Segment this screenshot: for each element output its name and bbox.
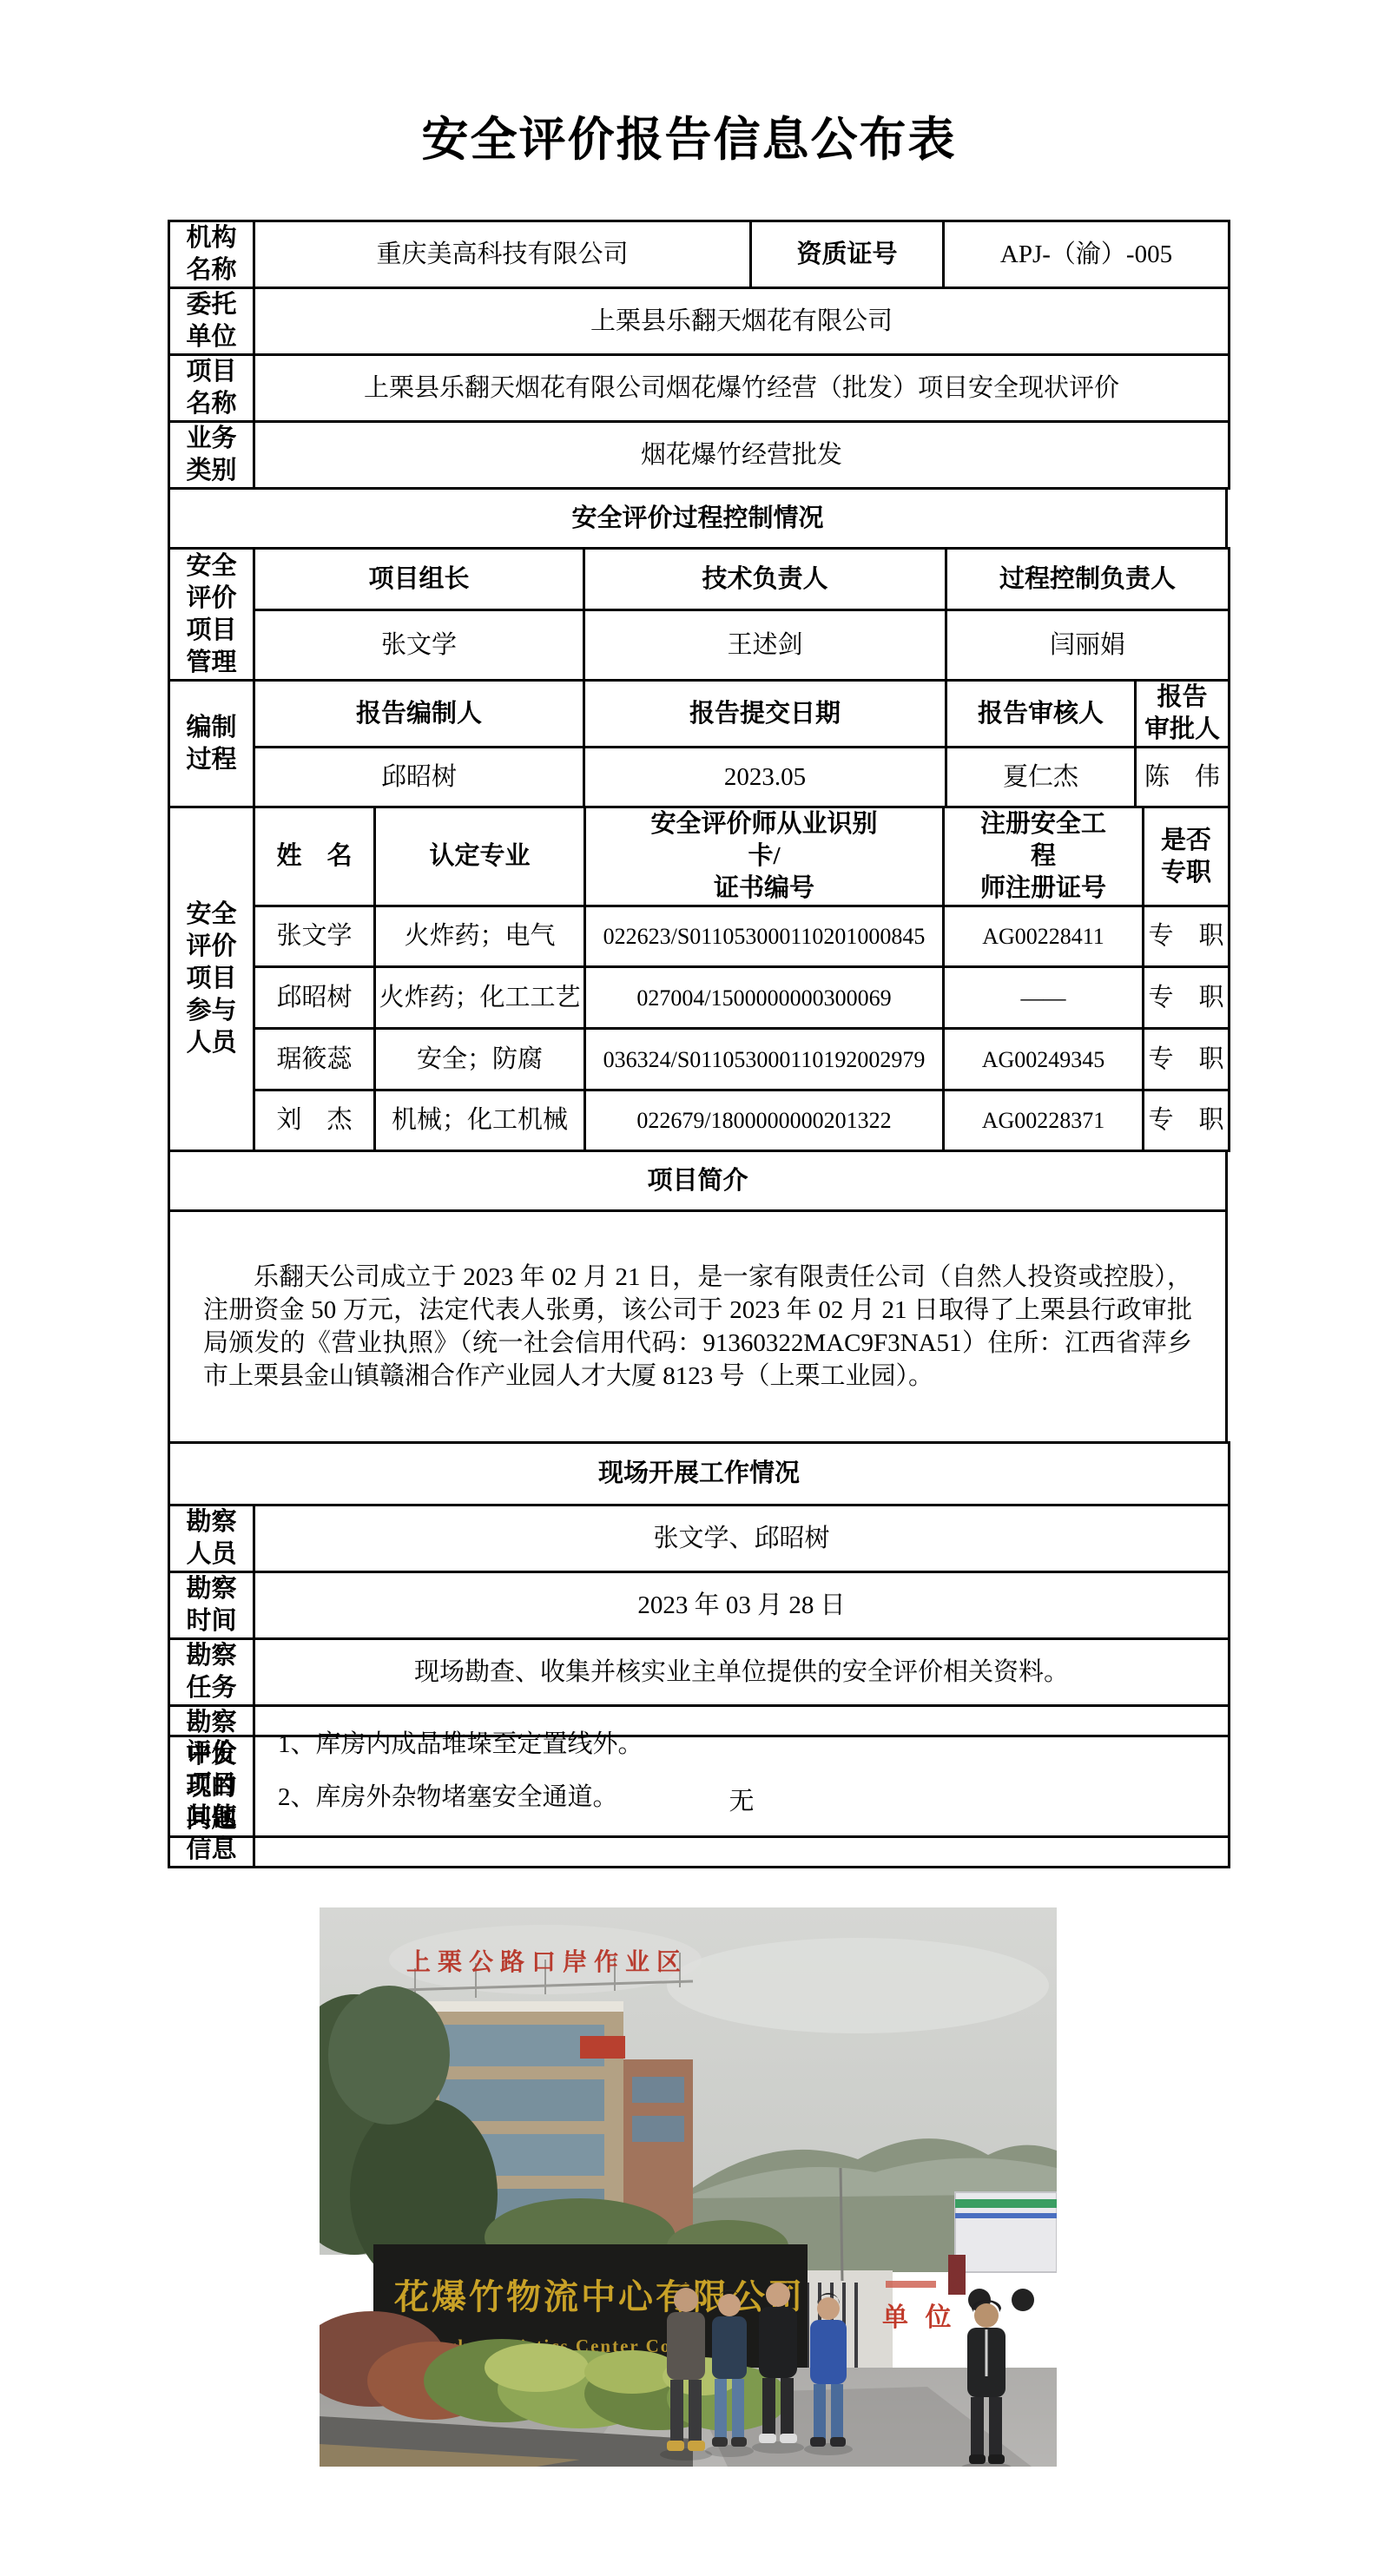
surveyors-label: 勘察人员 [169,1505,254,1572]
project-intro-text: 乐翻天公司成立于 2023 年 02 月 21 日，是一家有限责任公司（自然人投… [203,1261,1192,1393]
participant-fulltime: 专 职 [1144,967,1230,1029]
participant-specialty: 火炸药；化工工艺 [375,967,585,1029]
participant-name: 张文学 [254,906,375,967]
participant-specialty: 安全；防腐 [375,1029,585,1090]
process-control-title: 安全评价过程控制情况 [169,489,1227,549]
participant-reg-no: —— [944,967,1144,1029]
survey-time-value: 2023 年 03 月 28 日 [254,1572,1230,1639]
survey-task-value: 现场勘查、收集并核实业主单位提供的安全评价相关资料。 [254,1639,1230,1706]
participant-reg-no: AG00249345 [944,1029,1144,1090]
project-name-value: 上栗县乐翻天烟花有限公司烟花爆竹经营（批发）项目安全现状评价 [254,355,1230,422]
other-info-label: 评价项目其他信息 [169,1736,254,1868]
site-photo: 上栗公路口岸作业区 单 位 [320,1907,1057,2467]
cert-no-value: APJ-（渝）-005 [944,221,1230,288]
reg-no-header: 注册安全工程 师注册证号 [944,807,1144,906]
main-table: 机构名称 重庆美高科技有限公司 资质证号 APJ-（渝）-005 委托单位 上栗… [168,220,1228,1838]
wall-sign-small [886,2281,936,2288]
participant-card-no: 022679/1800000000201322 [585,1090,944,1151]
report-approver-value: 陈 伟 [1136,748,1230,807]
participant-reg-no: AG00228411 [944,906,1144,967]
lamp-pole [841,2168,842,2281]
participant-fulltime: 专 职 [1144,1090,1230,1151]
participant-card-no: 022623/S011053000110201000845 [585,906,944,967]
card-no-header: 安全评价师从业识别卡/ 证书编号 [585,807,944,906]
project-intro-paragraph: 乐翻天公司成立于 2023 年 02 月 21 日，是一家有限责任公司（自然人投… [169,1211,1227,1443]
org-name-value: 重庆美高科技有限公司 [254,221,751,288]
page-title: 安全评价报告信息公布表 [0,102,1378,169]
team-leader-header: 项目组长 [254,549,584,610]
project-management-table: 安全评价项目管理 项目组长 技术负责人 过程控制负责人 张文学 王述剑 闫丽娟 [168,547,1230,682]
name-header: 姓 名 [254,807,375,906]
report-author-header: 报告编制人 [254,681,584,748]
other-info-table: 评价项目其他信息 无 [168,1735,1230,1868]
report-date-header: 报告提交日期 [584,681,946,748]
survey-task-label: 勘察任务 [169,1639,254,1706]
project-intro-title: 项目简介 [169,1151,1227,1211]
participant-specialty: 机械；化工机械 [375,1090,585,1151]
org-name-label: 机构名称 [169,221,254,288]
cloud [667,1938,1049,2033]
report-reviewer-header: 报告审核人 [946,681,1136,748]
roof-sign-text: 上栗公路口岸作业区 [406,1948,688,1976]
participant-name: 琚筱蕊 [254,1029,375,1090]
business-type-value: 烟花爆竹经营批发 [254,422,1230,489]
specialty-header: 认定专业 [375,807,585,906]
business-type-label: 业务类别 [169,422,254,489]
project-management-label: 安全评价项目管理 [169,549,254,681]
process-director-value: 闫丽娟 [946,610,1230,681]
participant-card-no: 036324/S011053000110192002979 [585,1029,944,1090]
client-label: 委托单位 [169,288,254,355]
basic-info-table: 机构名称 重庆美高科技有限公司 资质证号 APJ-（渝）-005 委托单位 上栗… [168,220,1230,490]
participant-specialty: 火炸药；电气 [375,906,585,967]
document-page: 安全评价报告信息公布表 机构名称 重庆美高科技有限公司 资质证号 APJ-（渝）… [0,0,1378,2576]
other-info-value: 无 [254,1736,1230,1868]
wall-sign-text: 单 位 [882,2303,957,2332]
report-reviewer-value: 夏仁杰 [946,748,1136,807]
company-sign-cn: 花爆竹物流中心有限公司 [394,2277,805,2316]
participant-fulltime: 专 职 [1144,1029,1230,1090]
client-value: 上栗县乐翻天烟花有限公司 [254,288,1230,355]
tech-director-header: 技术负责人 [584,549,946,610]
surveyors-value: 张文学、邱昭树 [254,1505,1230,1572]
compilation-table: 编制过程 报告编制人 报告提交日期 报告审核人 报告 审批人 邱昭树 2023.… [168,679,1230,808]
compilation-label: 编制过程 [169,681,254,807]
other-info-wrap: 评价项目其他信息 无 [168,1735,1228,1868]
participants-label: 安全评价项目参与人员 [169,807,254,1151]
site-work-title: 现场开展工作情况 [169,1443,1230,1505]
participant-name: 刘 杰 [254,1090,375,1151]
photo-truck [948,2192,1057,2311]
participant-card-no: 027004/1500000000300069 [585,967,944,1029]
participants-table: 安全评价项目参与人员 姓 名 认定专业 安全评价师从业识别卡/ 证书编号 注册安… [168,806,1230,1152]
project-name-label: 项目名称 [169,355,254,422]
report-date-value: 2023.05 [584,748,946,807]
report-approver-header: 报告 审批人 [1136,681,1230,748]
participant-reg-no: AG00228371 [944,1090,1144,1151]
cert-no-label: 资质证号 [751,221,944,288]
participant-name: 邱昭树 [254,967,375,1029]
process-director-header: 过程控制负责人 [946,549,1230,610]
tech-director-value: 王述剑 [584,610,946,681]
participant-fulltime: 专 职 [1144,906,1230,967]
report-author-value: 邱昭树 [254,748,584,807]
intro-header-table: 项目简介 [168,1150,1228,1212]
team-leader-value: 张文学 [254,610,584,681]
intro-body-table: 乐翻天公司成立于 2023 年 02 月 21 日，是一家有限责任公司（自然人投… [168,1209,1228,1444]
process-control-header: 安全评价过程控制情况 [168,487,1228,550]
survey-time-label: 勘察时间 [169,1572,254,1639]
fulltime-header: 是否 专职 [1144,807,1230,906]
